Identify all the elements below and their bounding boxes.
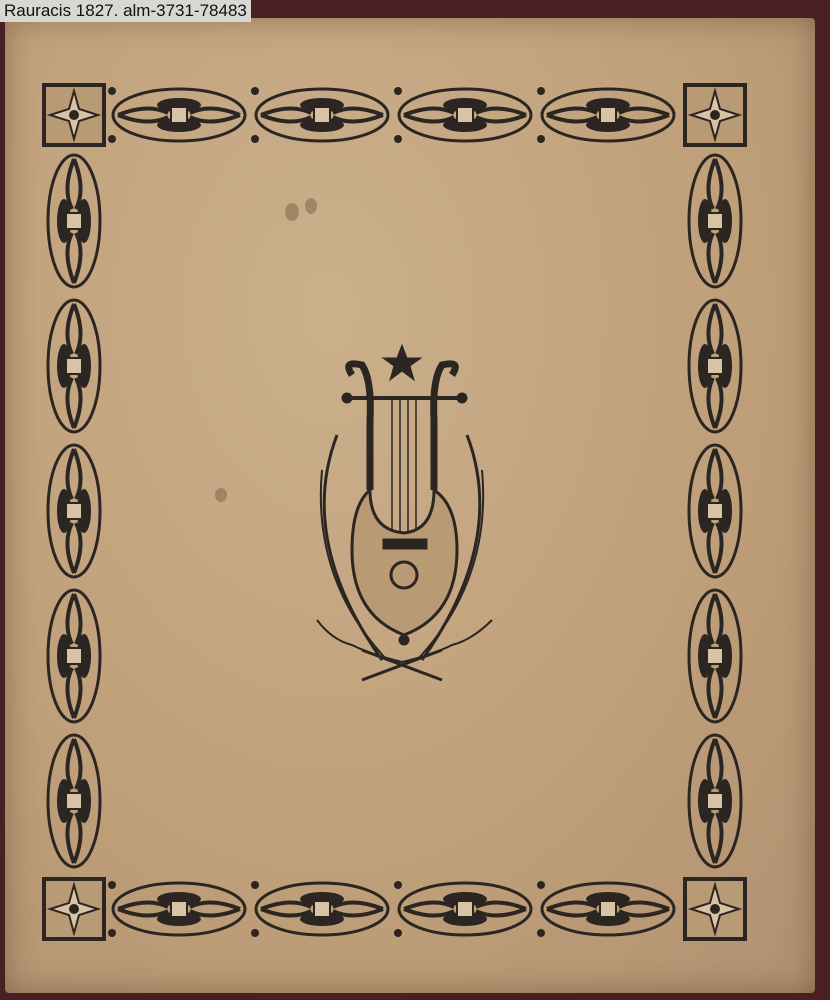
palmette-border-left	[42, 149, 106, 875]
star-icon	[383, 345, 421, 380]
rosette-corner-icon	[683, 877, 747, 941]
palmette-border-right	[683, 149, 747, 875]
palmette-border-bottom	[108, 877, 681, 941]
rosette-corner-icon	[683, 83, 747, 147]
lyre-emblem-icon	[292, 340, 512, 685]
palmette-border-top	[108, 83, 681, 147]
rosette-corner-icon	[42, 877, 106, 941]
image-caption: Rauracis 1827. alm-3731-78483	[0, 0, 251, 22]
rosette-corner-icon	[42, 83, 106, 147]
